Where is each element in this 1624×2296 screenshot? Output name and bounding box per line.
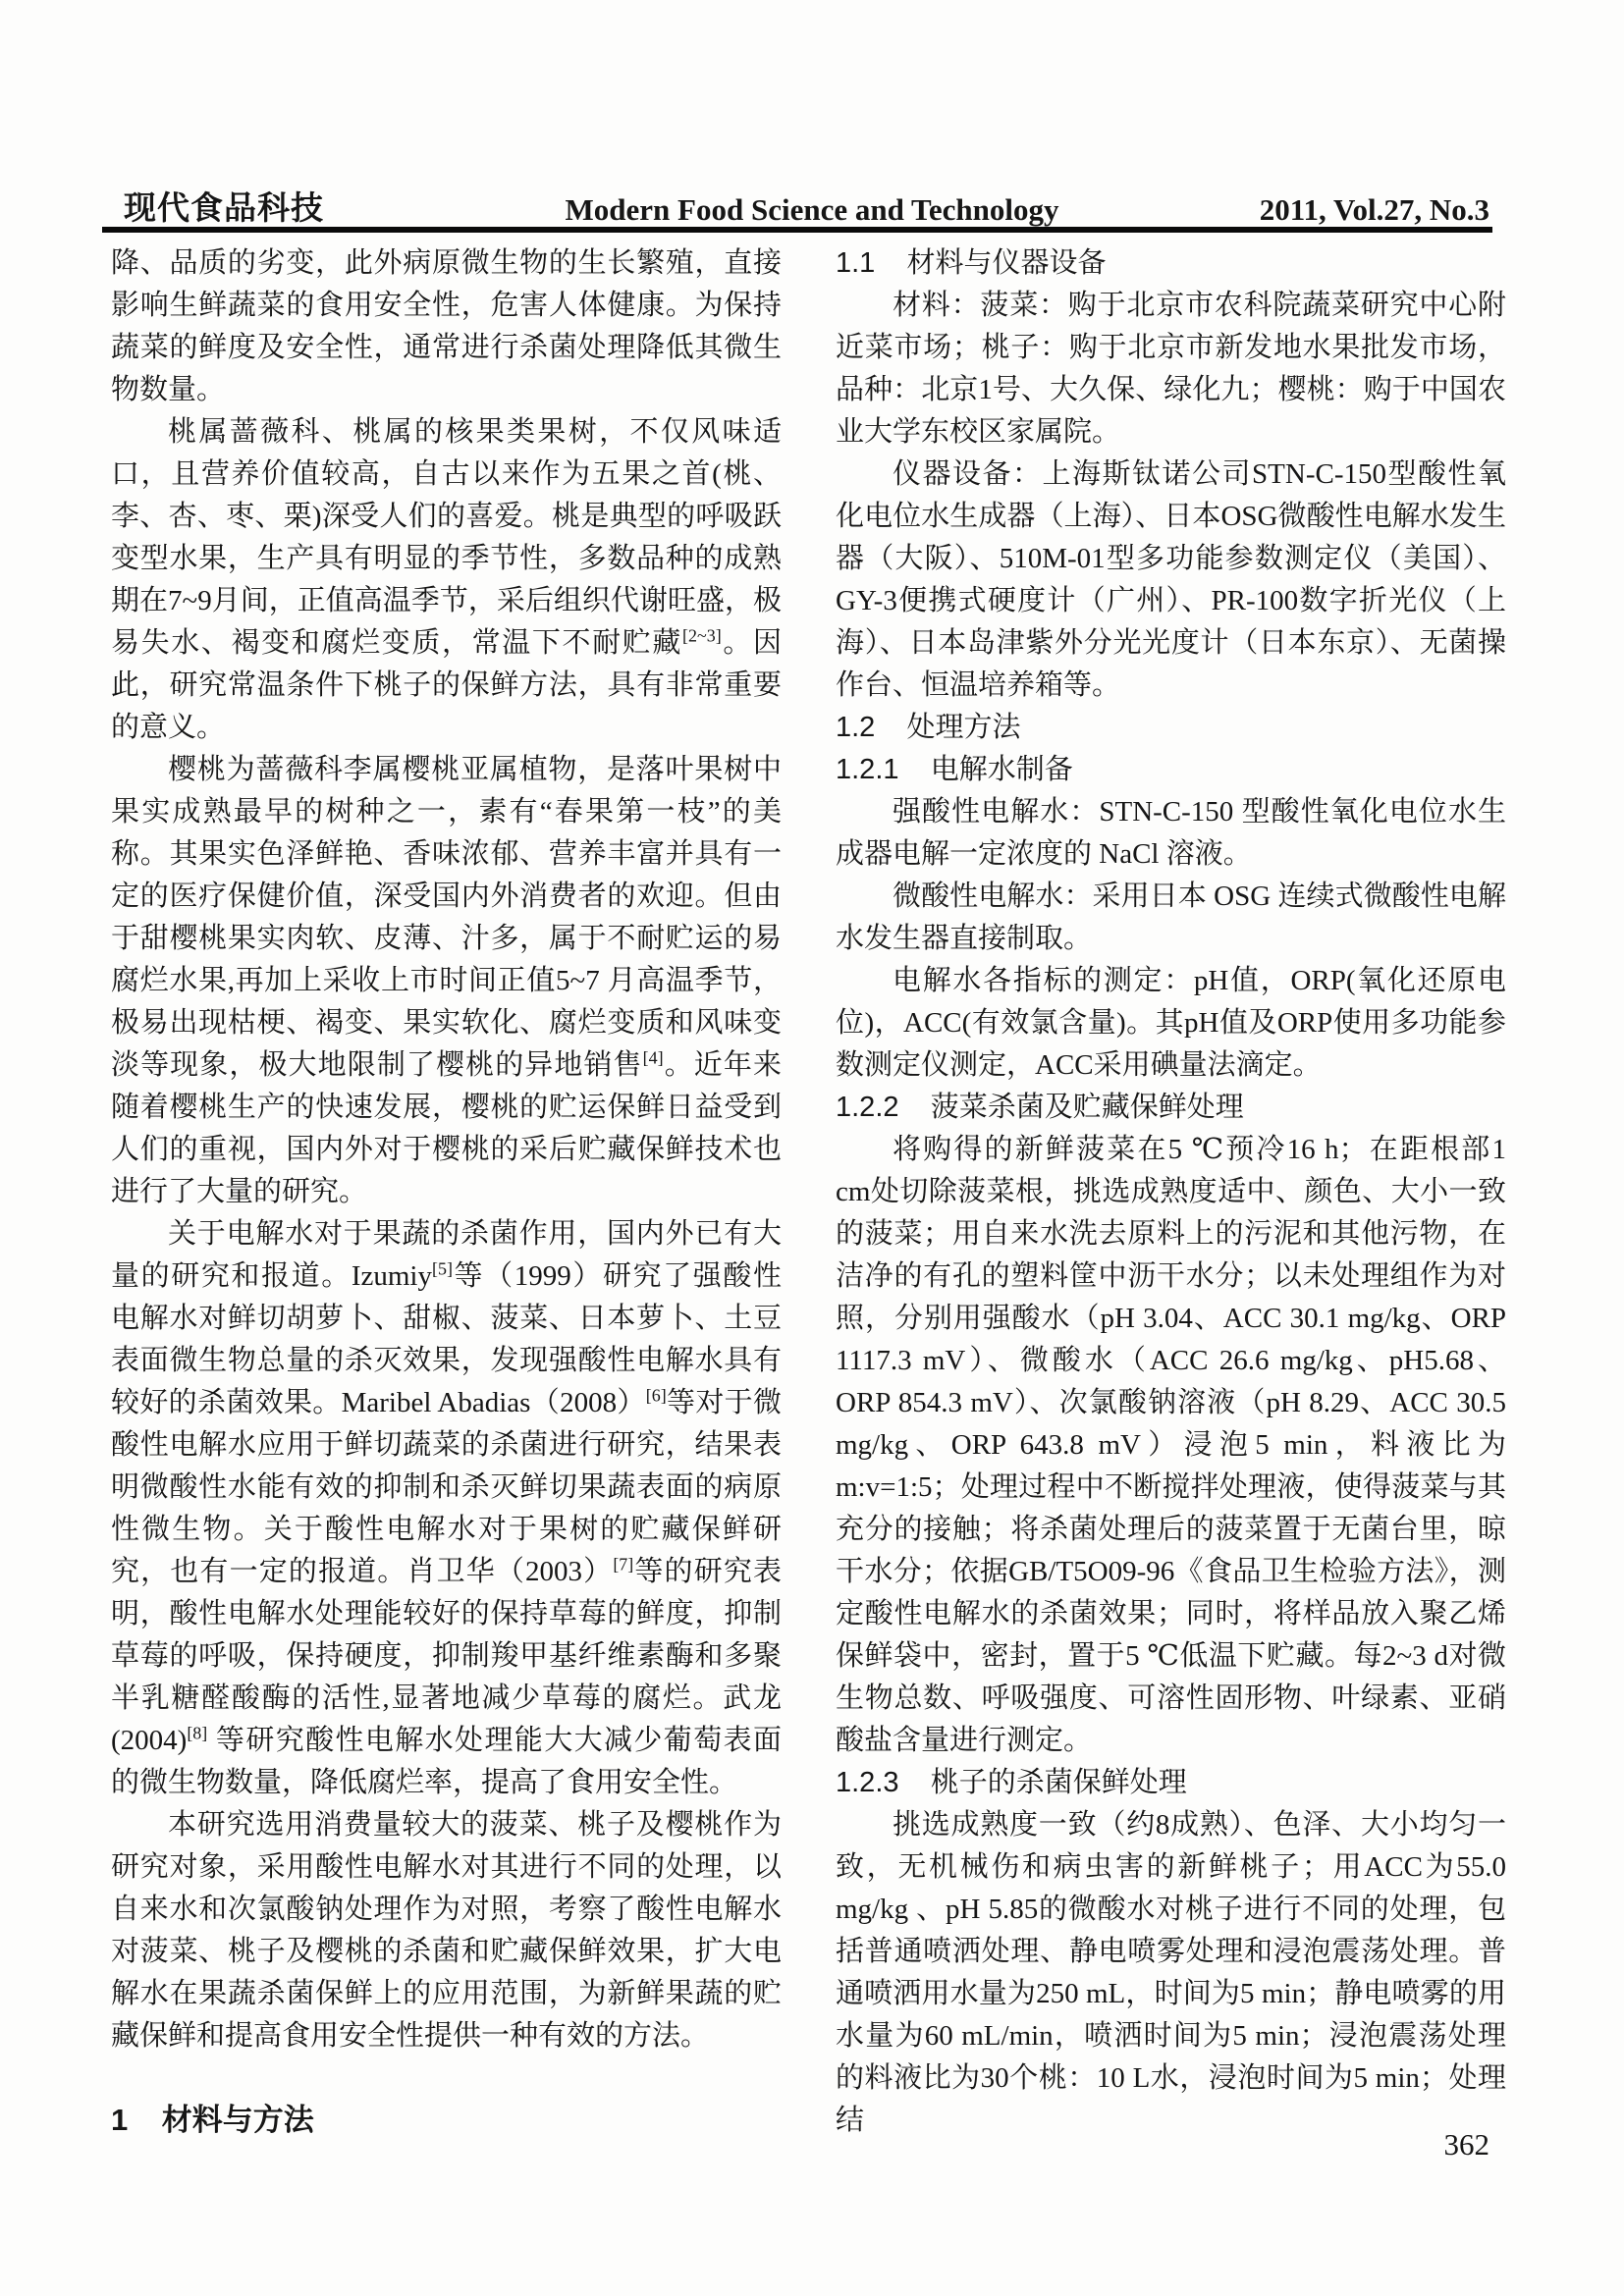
issue-info: 2011, Vol.27, No.3	[1260, 193, 1489, 227]
section-heading: 1.2.1 电解水制备	[836, 749, 1506, 791]
paragraph: 电解水各指标的测定：pH值，ORP(氧化还原电位)，ACC(有效氯含量)。其pH…	[836, 960, 1506, 1087]
section-heading: 1.2.2 菠菜杀菌及贮藏保鲜处理	[836, 1087, 1506, 1129]
paragraph: 挑选成熟度一致（约8成熟）、色泽、大小均匀一致，无机械伤和病虫害的新鲜桃子；用A…	[836, 1804, 1506, 2142]
journal-page: 现代食品科技 Modern Food Science and Technolog…	[0, 0, 1624, 2296]
paragraph: 关于电解水对于果蔬的杀菌作用，国内外已有大量的研究和报道。Izumiy[5]等（…	[111, 1213, 782, 1804]
paragraph: 樱桃为蔷薇科李属樱桃亚属植物，是落叶果树中果实成熟最早的树种之一，素有“春果第一…	[111, 749, 782, 1213]
citation-superscript: [5]	[432, 1258, 453, 1278]
paragraph: 降、品质的劣变，此外病原微生物的生长繁殖，直接影响生鲜蔬菜的食用安全性，危害人体…	[111, 242, 782, 411]
left-column: 降、品质的劣变，此外病原微生物的生长繁殖，直接影响生鲜蔬菜的食用安全性，危害人体…	[111, 242, 782, 2141]
citation-superscript: [8]	[187, 1723, 207, 1742]
page-number: 362	[1444, 2128, 1490, 2162]
paragraph: 仪器设备：上海斯钛诺公司STN-C-150型酸性氧化电位水生成器（上海）、日本O…	[836, 454, 1506, 707]
right-column: 1.1 材料与仪器设备材料：菠菜：购于北京市农科院蔬菜研究中心附近菜市场；桃子：…	[836, 242, 1506, 2142]
section-heading: 1.1 材料与仪器设备	[836, 242, 1506, 285]
section-heading: 1.2.3 桃子的杀菌保鲜处理	[836, 1762, 1506, 1804]
citation-superscript: [6]	[646, 1385, 667, 1405]
paragraph: 强酸性电解水：STN-C-150 型酸性氧化电位水生成器电解一定浓度的 NaCl…	[836, 791, 1506, 876]
header-rule	[102, 227, 1492, 233]
paragraph: 本研究选用消费量较大的菠菜、桃子及樱桃作为研究对象，采用酸性电解水对其进行不同的…	[111, 1804, 782, 2057]
journal-title-cn: 现代食品科技	[124, 190, 324, 226]
citation-superscript: [7]	[613, 1554, 633, 1574]
citation-superscript: [4]	[643, 1047, 664, 1067]
journal-title-en: Modern Food Science and Technology	[314, 193, 1310, 227]
paragraph: 桃属蔷薇科、桃属的核果类果树，不仅风味适口，且营养价值较高，自古以来作为五果之首…	[111, 411, 782, 749]
section-heading: 1 材料与方法	[111, 2099, 782, 2141]
section-heading: 1.2 处理方法	[836, 707, 1506, 749]
citation-superscript: [2~3]	[682, 625, 722, 645]
paragraph: 材料：菠菜：购于北京市农科院蔬菜研究中心附近菜市场；桃子：购于北京市新发地水果批…	[836, 285, 1506, 454]
paragraph: 微酸性电解水：采用日本 OSG 连续式微酸性电解水发生器直接制取。	[836, 876, 1506, 960]
paragraph: 将购得的新鲜菠菜在5 ℃预冷16 h；在距根部1 cm处切除菠菜根，挑选成熟度适…	[836, 1129, 1506, 1762]
